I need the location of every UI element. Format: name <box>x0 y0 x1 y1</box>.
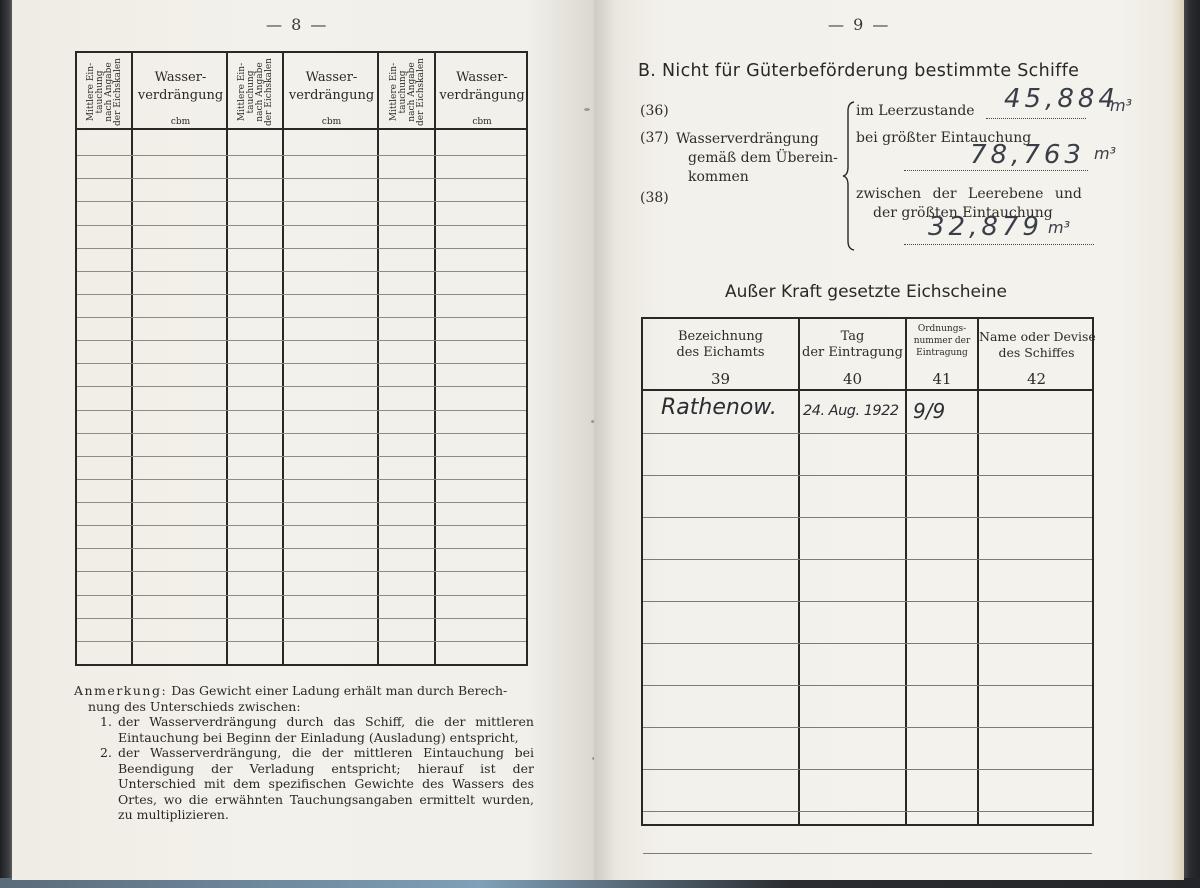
cell-office: Rathenow. <box>661 395 777 420</box>
table-row-line <box>643 601 1092 602</box>
section-b-title: B. Nicht für Güterbeförderung bestimmte … <box>638 61 1079 81</box>
table-row-line <box>77 386 526 387</box>
table-row-line <box>77 155 526 156</box>
table-row-line <box>643 517 1092 518</box>
table-row-line <box>643 559 1092 560</box>
table-row-line <box>643 685 1092 686</box>
unit-m3: m³ <box>1048 218 1070 237</box>
curly-brace-icon <box>842 101 856 251</box>
header-mean-depth-2: Mittlere Ein- tauchung nach Angabe der E… <box>228 53 284 130</box>
displacement-description: Wasserverdrängung gemäß dem Überein- kom… <box>676 130 838 187</box>
table-row-line <box>77 595 526 596</box>
table-row-line <box>77 225 526 226</box>
table-row-line <box>77 178 526 179</box>
note-item: 1.der Wasserverdrängung durch das Schiff… <box>74 714 534 745</box>
table-row-line <box>77 479 526 480</box>
item-number-37: (37) <box>640 130 669 146</box>
header-displacement-2: Wasser- verdrängung cbm <box>284 53 379 130</box>
handwritten-max-displacement: 78,763 <box>970 140 1085 170</box>
header-ship-name: Name oder Devise des Schiffes 42 <box>979 319 1094 390</box>
table-row-line <box>77 641 526 642</box>
cancelled-certificates-title: Außer Kraft gesetzte Eichscheine <box>638 282 1094 302</box>
table-row-line <box>77 571 526 572</box>
col-divider <box>798 319 800 824</box>
table-row-line <box>77 548 526 549</box>
page-number-right: — 9 — <box>828 15 890 34</box>
table-row-line <box>77 525 526 526</box>
cancelled-certificates-table: Bezeichnung des Eichamts 39 Tag der Eint… <box>641 317 1094 826</box>
empty-state-label: im Leerzustande <box>856 103 975 119</box>
table-row-line <box>643 433 1092 434</box>
page-number-left: — 8 — <box>266 15 328 34</box>
note-item: 2.der Wasserverdrängung, die der mittler… <box>74 745 534 823</box>
col-divider <box>977 319 979 824</box>
header-entry-date: Tag der Eintragung 40 <box>800 319 905 390</box>
unit-m3: m³ <box>1110 96 1132 115</box>
table-row-line <box>643 727 1092 728</box>
handwritten-empty-displacement: 45,884 <box>1004 84 1119 114</box>
table-row-line <box>77 502 526 503</box>
header-displacement-3: Wasser- verdrängung cbm <box>436 53 528 130</box>
table-row-line <box>643 769 1092 770</box>
table-row-line <box>643 475 1092 476</box>
table-row-line <box>643 643 1092 644</box>
table-row-line <box>77 363 526 364</box>
header-mean-depth-1: Mittlere Ein- tauchung nach Angabe der E… <box>77 53 133 130</box>
table-row-line <box>77 433 526 434</box>
paper-speck <box>584 108 590 111</box>
note-intro: Das Gewicht einer Ladung erhält man durc… <box>171 683 507 698</box>
note-label: Anmerkung: <box>74 683 167 698</box>
note-list: 1.der Wasserverdrängung durch das Schiff… <box>74 714 534 823</box>
handwritten-difference-displacement: 32,879 <box>928 212 1043 242</box>
book-cover-right <box>1183 0 1200 888</box>
cell-date: 24. Aug. 1922 <box>803 403 899 419</box>
table-row-line <box>77 271 526 272</box>
header-displacement-1: Wasser- verdrängung cbm <box>133 53 228 130</box>
item-number-36: (36) <box>640 103 669 119</box>
table-row-line <box>77 340 526 341</box>
page-edges <box>1170 0 1184 880</box>
item-number-38: (38) <box>640 190 669 206</box>
cell-number: 9/9 <box>913 399 945 423</box>
header-mean-depth-3: Mittlere Ein- tauchung nach Angabe der E… <box>379 53 436 130</box>
table-row-line <box>77 294 526 295</box>
table-row-line <box>643 853 1092 854</box>
table-row-line <box>77 456 526 457</box>
displacement-table: Mittlere Ein- tauchung nach Angabe der E… <box>75 51 528 666</box>
dotted-line <box>904 244 1094 245</box>
table-row-line <box>643 811 1092 812</box>
header-entry-number: Ordnungs- nummer der Eintragung 41 <box>907 319 977 390</box>
table-row-line <box>77 618 526 619</box>
unit-m3: m³ <box>1094 144 1116 163</box>
table-row-line <box>77 248 526 249</box>
table-row-line <box>77 201 526 202</box>
table-row-line <box>77 410 526 411</box>
note-intro-continued: nung des Unterschieds zwischen: <box>74 699 534 715</box>
dotted-line <box>904 170 1088 171</box>
header-calibration-office: Bezeichnung des Eichamts 39 <box>643 319 798 390</box>
annotation-note: Anmerkung: Das Gewicht einer Ladung erhä… <box>74 683 534 823</box>
col-divider <box>905 319 907 824</box>
dotted-line <box>986 118 1086 119</box>
book-spread: — 8 — Mittlere Ein- tauchung nach Angabe… <box>0 0 1200 888</box>
table-row-line <box>77 317 526 318</box>
difference-label-line1: zwischen der Leerebene und <box>856 186 1082 202</box>
